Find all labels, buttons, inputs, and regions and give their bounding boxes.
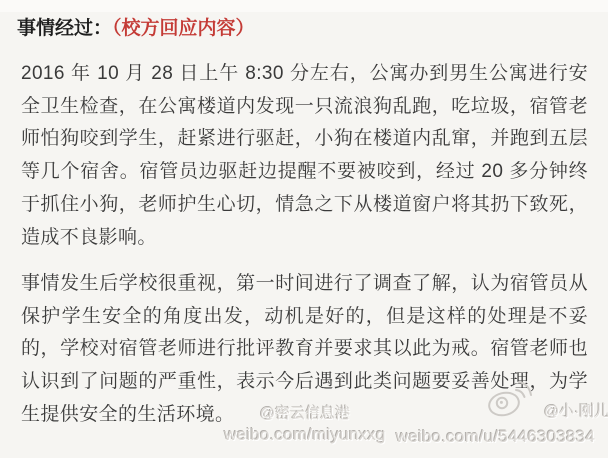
weibo-logo-icon [486,377,534,419]
watermark-center-url: weibo.com/miyunxxg [205,424,405,446]
watermark-center-handle: @密云信息港 [205,404,405,424]
title-annotation: （校方回应内容） [112,18,255,39]
page-title: 事情经过：（校方回应内容） [17,16,590,42]
watermark-right-url: weibo.com/u/5446303834 [396,426,595,448]
top-strip [0,0,608,12]
watermark-center: @密云信息港 weibo.com/miyunxxg [205,404,405,446]
title-text: 事情经过： [17,18,112,39]
paragraph-incident-description: 2016 年 10 月 28 日上午 8:30 分左右，公寓办到男生公寓进行安全… [21,58,588,254]
statement-image: 事情经过：（校方回应内容） 2016 年 10 月 28 日上午 8:30 分左… [0,0,608,458]
watermark-right-handle: @小·刚儿 [544,402,608,422]
